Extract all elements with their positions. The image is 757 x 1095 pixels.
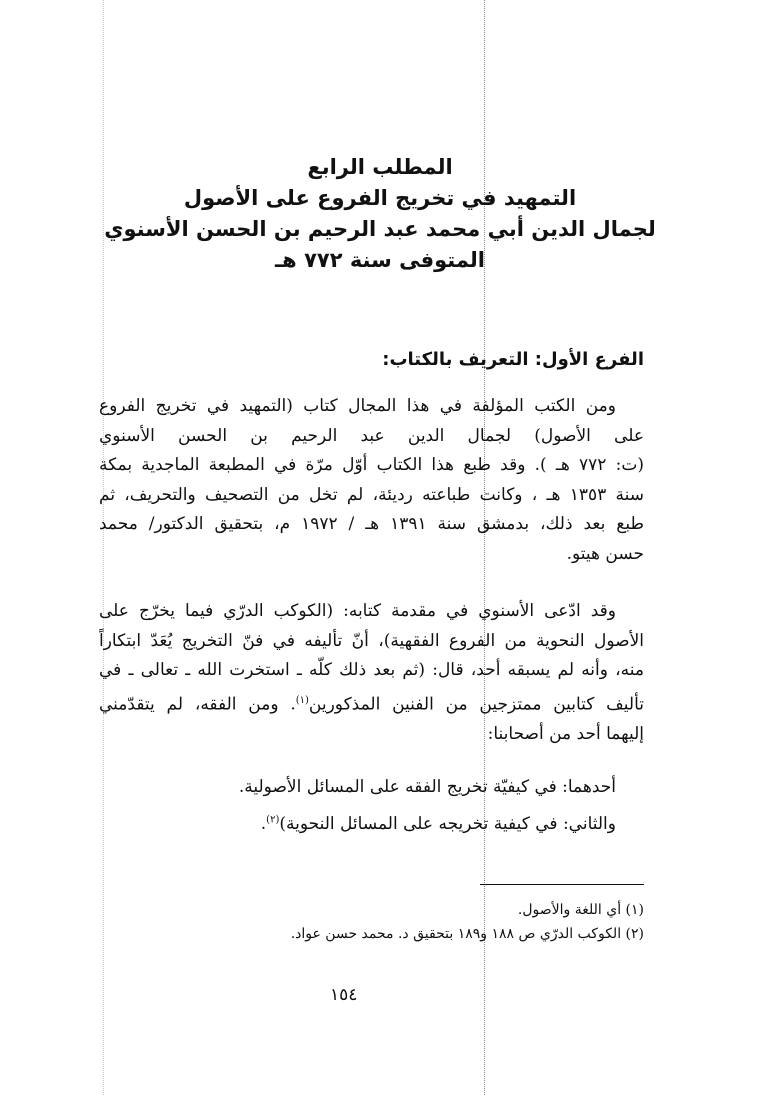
page-number: ١٥٤ bbox=[330, 985, 357, 1005]
paragraph-2: وقد ادّعى الأسنوي في مقدمة كتابه: (الكوك… bbox=[99, 597, 644, 749]
section-heading: الفرع الأول: التعريف بالكتاب: bbox=[382, 349, 644, 370]
paragraph-line: حسن هيتو. bbox=[99, 540, 644, 570]
title-line-2: التمهيد في تخريج الفروع على الأصول bbox=[100, 183, 660, 214]
paragraph-line: طبع بعد ذلك، بدمشق سنة ١٣٩١ هـ / ١٩٧٢ م،… bbox=[99, 510, 644, 540]
line-text: تأليف كتابين ممتزجين من الفنين المذكورين bbox=[309, 694, 644, 714]
title-line-4: المتوفى سنة ٧٧٢ هـ bbox=[100, 245, 660, 276]
list-item-2: والثاني: في كيفية تخريجه على المسائل الن… bbox=[261, 814, 644, 834]
paragraph-line-with-footnote: تأليف كتابين ممتزجين من الفنين المذكورين… bbox=[99, 686, 644, 720]
footnote-ref-1[interactable]: (١) bbox=[296, 695, 309, 706]
paragraph-line: منه، وأنه لم يسبقه أحد، قال: (ثم بعد ذلك… bbox=[99, 656, 644, 686]
paragraph-line: ومن الكتب المؤلفة في هذا المجال كتاب (ال… bbox=[99, 392, 644, 422]
list-item-text: والثاني: في كيفية تخريجه على المسائل الن… bbox=[279, 814, 616, 834]
paragraph-line: على الأصول) لجمال الدين عبد الرحيم بن ال… bbox=[99, 422, 644, 452]
footnote-2: (٢) الكوكب الدرّي ص ١٨٨ و١٨٩ بتحقيق د. م… bbox=[291, 922, 644, 946]
chapter-title: المطلب الرابع التمهيد في تخريج الفروع عل… bbox=[100, 152, 660, 276]
footnote-ref-2[interactable]: (٢) bbox=[266, 814, 279, 825]
book-page: المطلب الرابع التمهيد في تخريج الفروع عل… bbox=[0, 0, 757, 1095]
title-line-3: لجمال الدين أبي محمد عبد الرحيم بن الحسن… bbox=[100, 214, 660, 245]
title-line-1: المطلب الرابع bbox=[100, 152, 660, 183]
paragraph-line: الأصول النحوية من الفروع الفقهية)، أنّ ت… bbox=[99, 627, 644, 657]
footnote-separator bbox=[480, 884, 644, 885]
paragraph-1: ومن الكتب المؤلفة في هذا المجال كتاب (ال… bbox=[99, 392, 644, 569]
paragraph-line: (ت: ٧٧٢ هـ ). وقد طبع هذا الكتاب أوّل مر… bbox=[99, 451, 644, 481]
list-item-1: أحدهما: في كيفيّة تخريج الفقه على المسائ… bbox=[239, 777, 644, 797]
line-tail: . ومن الفقه، لم يتقدّمني bbox=[99, 694, 296, 714]
footnotes: (١) أي اللغة والأصول. (٢) الكوكب الدرّي … bbox=[291, 898, 644, 946]
paragraph-line: إليهما أحد من أصحابنا: bbox=[99, 720, 644, 750]
paragraph-line: سنة ١٣٥٣ هـ ، وكانت طباعته رديئة، لم تخل… bbox=[99, 481, 644, 511]
footnote-1: (١) أي اللغة والأصول. bbox=[291, 898, 644, 922]
paragraph-line: وقد ادّعى الأسنوي في مقدمة كتابه: (الكوك… bbox=[99, 597, 644, 627]
